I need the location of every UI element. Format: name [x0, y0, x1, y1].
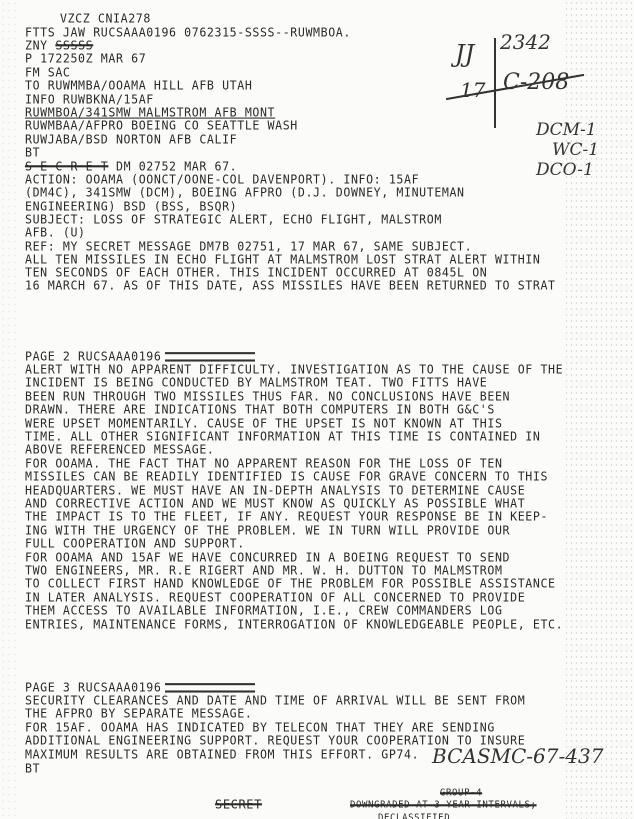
distribution-entry: DCO-1	[536, 160, 594, 180]
precedence-line: FTTS JAW RUCSAAA0196 0762315-SSSS--RUWMB…	[25, 26, 351, 39]
message-line: ABOVE REFERENCED MESSAGE.	[25, 443, 215, 456]
message-line: FULL COOPERATION AND SUPPORT.	[25, 537, 245, 550]
footer-group-struck: GROUP-4	[440, 787, 482, 800]
footer-declass-partial: DECLASSIFIED	[378, 812, 450, 819]
message-line: FOR OOAMA AND 15AF WE HAVE CONCURRED IN …	[25, 551, 510, 564]
scan-noise-left	[0, 0, 18, 819]
message-line: TO COLLECT FIRST HAND KNOWLEDGE OF THE P…	[25, 577, 556, 590]
message-line: ALL TEN MISSILES IN ECHO FLIGHT AT MALMS…	[25, 253, 540, 266]
page-3-heading: PAGE 3 RUCSAAA0196	[25, 681, 255, 694]
message-line: INCIDENT IS BEING CONDUCTED BY MALMSTROM…	[25, 376, 487, 389]
message-line: THE AFPRO BY SEPARATE MESSAGE.	[25, 707, 252, 720]
break-marker: BT	[25, 762, 40, 775]
message-line: SECURITY CLEARANCES AND DATE AND TIME OF…	[25, 694, 525, 707]
info-line: RUWMBAA/AFPRO BOEING CO SEATTLE WASH	[25, 119, 298, 132]
message-line: THEM ACCESS TO AVAILABLE INFORMATION, I.…	[25, 604, 503, 617]
info-line: RUWMBOA/341SMW MALMSTROM AFB MONT	[25, 106, 275, 119]
message-line: REF: MY SECRET MESSAGE DM7B 02751, 17 MA…	[25, 240, 472, 253]
message-line: FOR 15AF. OOAMA HAS INDICATED BY TELECON…	[25, 721, 495, 734]
message-line: AND CORRECTIVE ACTION AND WE MUST KNOW A…	[25, 497, 525, 510]
redaction-mark	[165, 352, 255, 361]
break-marker: BT	[25, 146, 40, 159]
message-line: ENTRIES, MAINTENANCE FORMS, INTERROGATIO…	[25, 618, 563, 631]
routing-indicator: VZCZ CNIA278	[60, 12, 151, 25]
distribution-entry: WC-1	[552, 140, 599, 160]
handwritten-document-number: BCASMC-67-437	[432, 744, 603, 768]
zny-line: ZNY SSSSS	[25, 39, 93, 52]
date-time-group: P 172250Z MAR 67	[25, 52, 146, 65]
message-line: DRAWN. THERE ARE INDICATIONS THAT BOTH C…	[25, 403, 495, 416]
distribution-entry: DCM-1	[536, 120, 597, 140]
classification-line: S E C R E T DM 02752 MAR 67.	[25, 160, 237, 173]
message-line: TEN SECONDS OF EACH OTHER. THIS INCIDENT…	[25, 266, 487, 279]
handwritten-initials: JJ	[455, 40, 474, 68]
message-line: AFB. (U)	[25, 226, 86, 239]
message-line: HEADQUARTERS. WE MUST HAVE AN IN-DEPTH A…	[25, 484, 525, 497]
message-line: TIME. ALL OTHER SIGNIFICANT INFORMATION …	[25, 430, 540, 443]
handwritten-number: 2342	[500, 30, 551, 54]
message-line: ACTION: OOAMA (OONCT/OONE-COL DAVENPORT)…	[25, 173, 419, 186]
message-line: MAXIMUM RESULTS ARE OBTAINED FROM THIS E…	[25, 748, 419, 761]
info-line: RUWJABA/BSD NORTON AFB CALIF	[25, 133, 237, 146]
message-line: FOR OOAMA. THE FACT THAT NO APPARENT REA…	[25, 457, 503, 470]
message-line: THE IMPACT IS TO THE FLEET, IF ANY. REQU…	[25, 510, 548, 523]
from-line: FM SAC	[25, 66, 70, 79]
message-line: MISSILES CAN BE READILY IDENTIFIED IS CA…	[25, 470, 548, 483]
to-line: TO RUWMMBA/OOAMA HILL AFB UTAH	[25, 79, 252, 92]
message-line: WERE UPSET MOMENTARILY. CAUSE OF THE UPS…	[25, 417, 503, 430]
message-line: ENGINEERING) BSD (BSS, BSQR)	[25, 200, 237, 213]
info-line: INFO RUWBKNA/15AF	[25, 93, 154, 106]
handwritten-day: 17	[460, 78, 485, 102]
message-line: 16 MARCH 67. AS OF THIS DATE, ASS MISSIL…	[25, 279, 556, 292]
message-line: SUBJECT: LOSS OF STRATEGIC ALERT, ECHO F…	[25, 213, 442, 226]
message-line: IN LATER ANALYSIS. REQUEST COOPERATION O…	[25, 591, 525, 604]
message-line: ALERT WITH NO APPARENT DIFFICULTY. INVES…	[25, 363, 563, 376]
message-line: BEEN RUN THROUGH TWO MISSILES THUS FAR. …	[25, 390, 510, 403]
footer-downgrade-struck: DOWNGRADED AT 3 YEAR INTERVALS;	[350, 799, 537, 812]
message-line: TWO ENGINEERS, MR. R.E RIGERT AND MR. W.…	[25, 564, 503, 577]
message-line: (DM4C), 341SMW (DCM), BOEING AFPRO (D.J.…	[25, 186, 465, 199]
redaction-mark	[165, 683, 255, 692]
handwritten-divider-vertical	[494, 38, 496, 128]
footer-classification-struck: SECRET	[215, 798, 262, 811]
message-line: ING WITH THE URGENCY OF THE PROBLEM. WE …	[25, 524, 510, 537]
page-2-heading: PAGE 2 RUCSAAA0196	[25, 350, 255, 363]
